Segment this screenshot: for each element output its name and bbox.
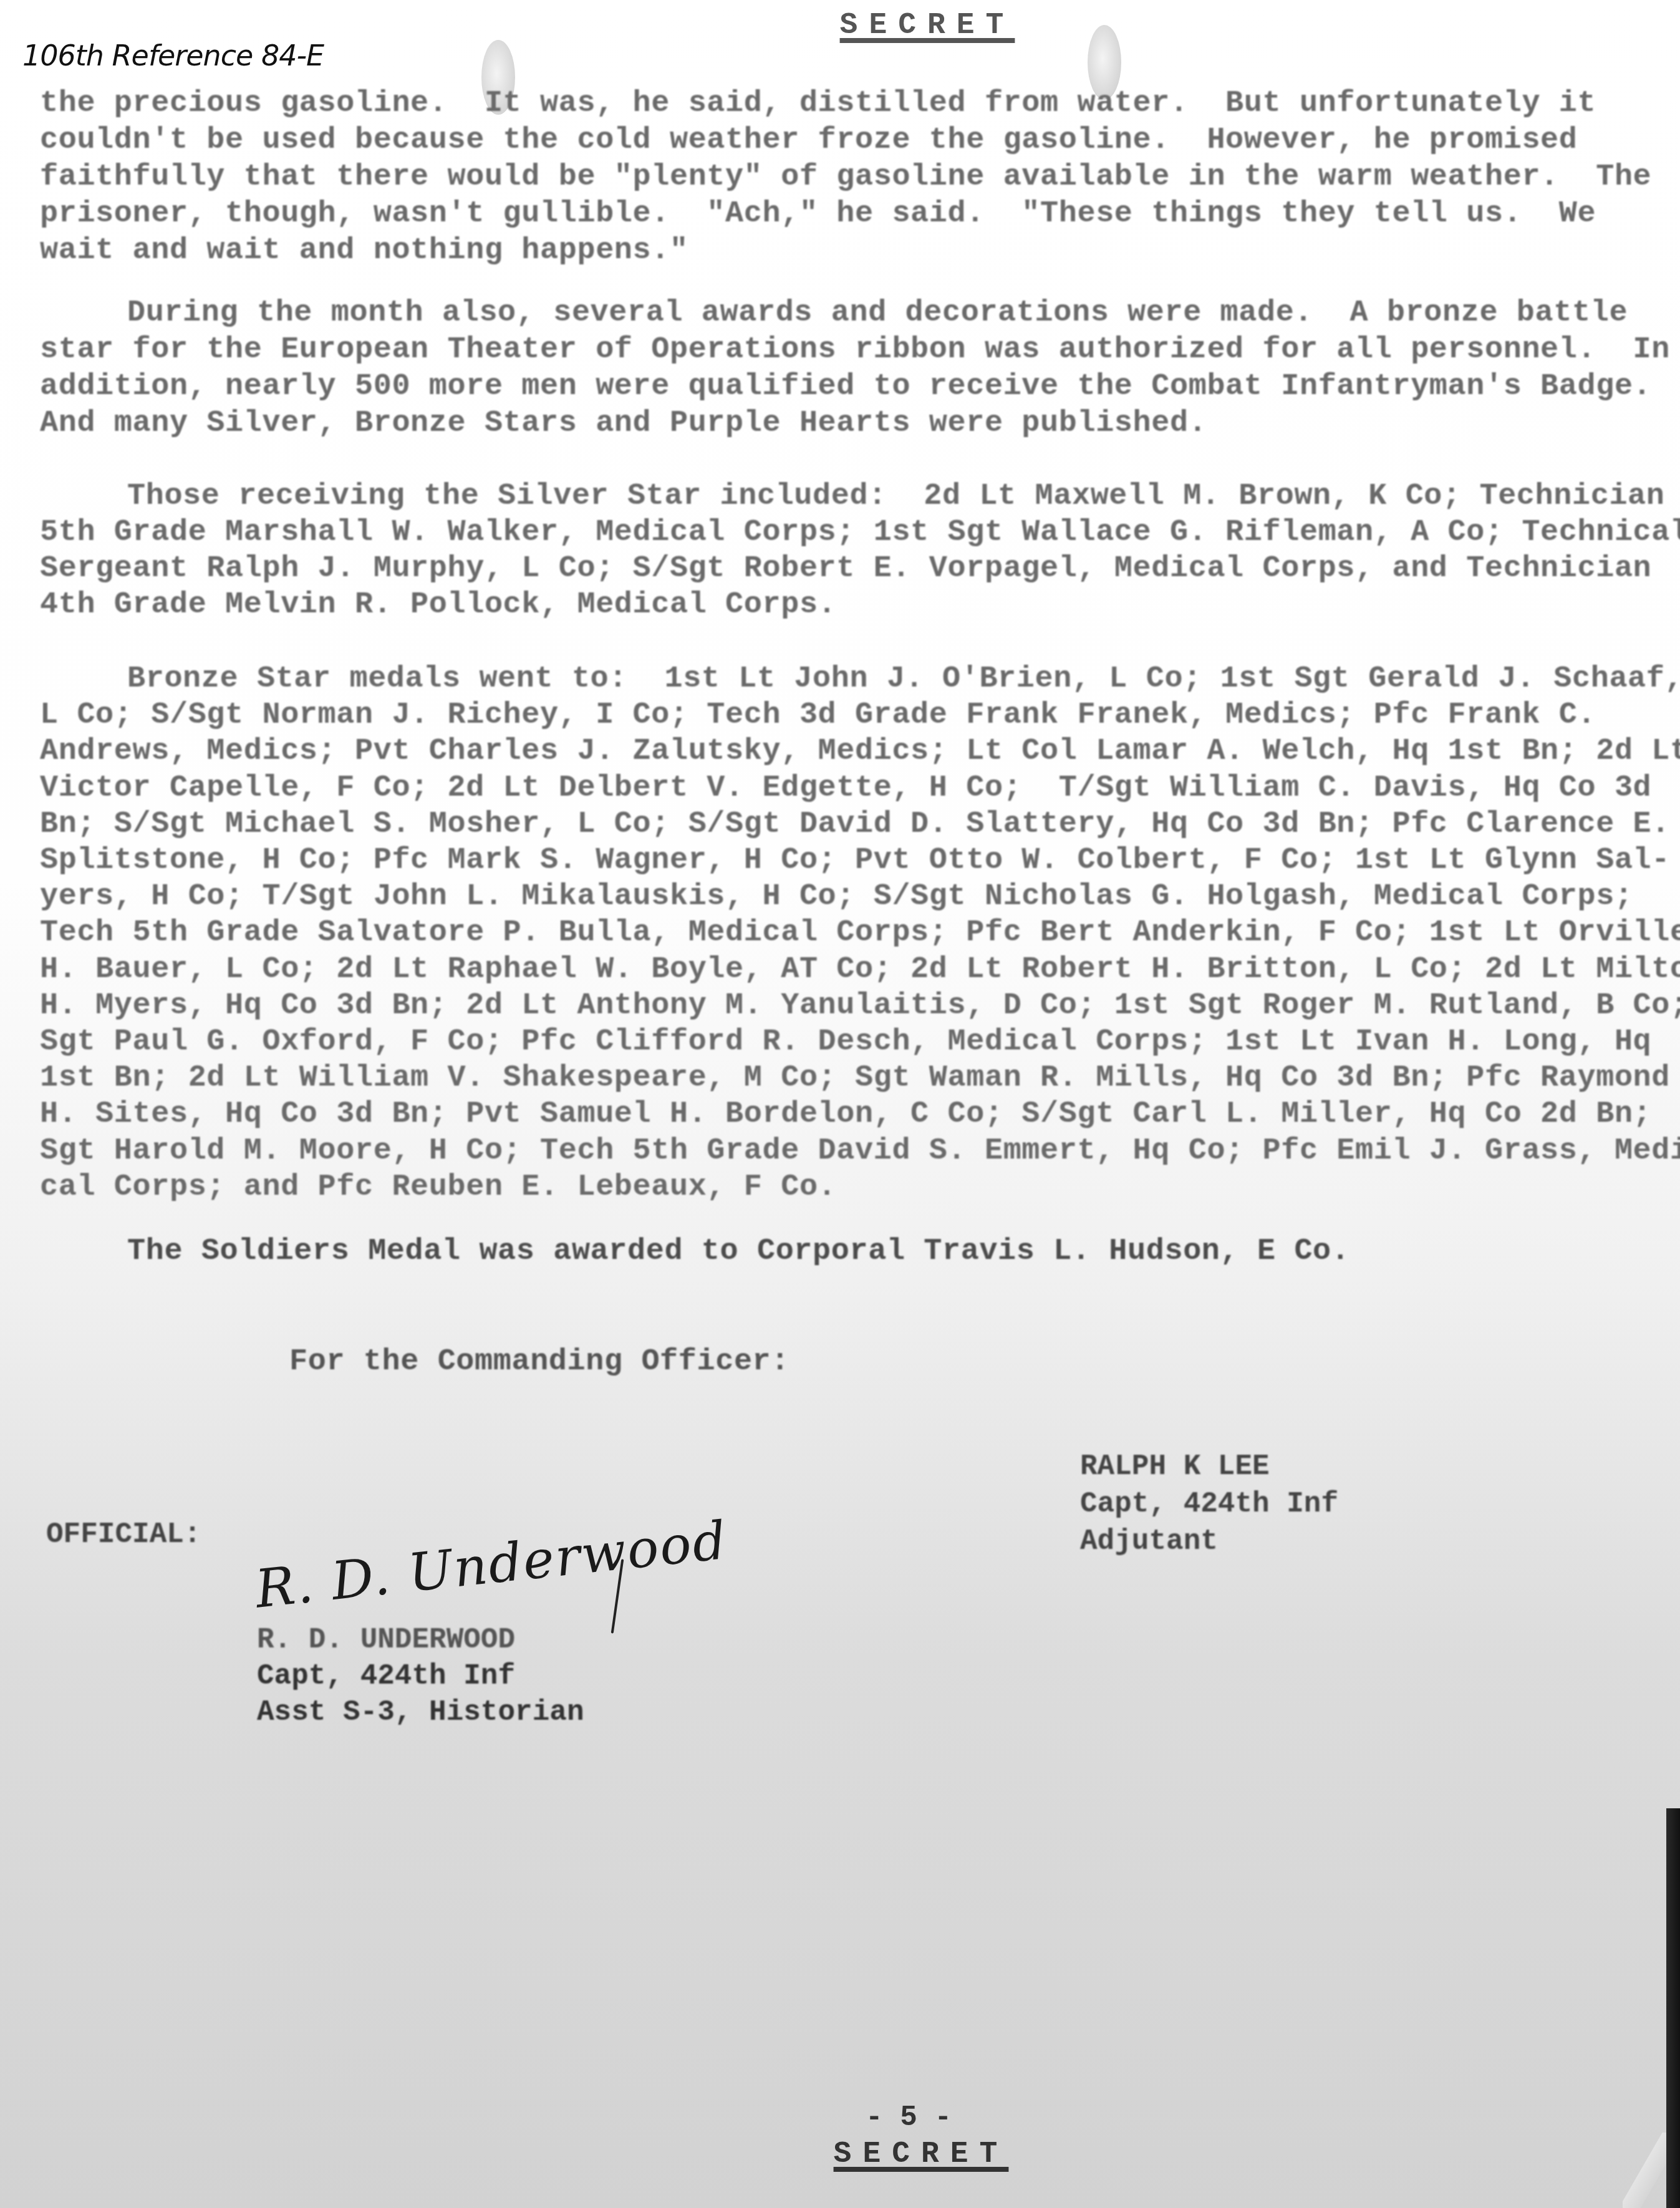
signer-left-name: R. D. UNDERWOOD [257,1624,515,1656]
text-line-p3: 4th Grade Melvin R. Pollock, Medical Cor… [40,590,836,620]
text-line-p1: the precious gasoline. It was, he said, … [40,89,1596,119]
text-line-p4: Sgt Harold M. Moore, H Co; Tech 5th Grad… [40,1136,1680,1167]
text-line-p1: couldn't be used because the cold weathe… [40,125,1578,156]
official-label: OFFICIAL: [46,1518,201,1551]
text-line-p4: H. Sites, Hq Co 3d Bn; Pvt Samuel H. Bor… [40,1099,1651,1130]
text-line-p4: H. Bauer, L Co; 2d Lt Raphael W. Boyle, … [40,955,1680,985]
text-line-p4: 1st Bn; 2d Lt William V. Shakespeare, M … [40,1063,1670,1094]
text-line-p4: Tech 5th Grade Salvatore P. Bulla, Medic… [40,918,1680,948]
handwritten-signature: R. D. Underwood [253,1510,730,1620]
text-line-p3: 5th Grade Marshall W. Walker, Medical Co… [40,518,1680,548]
text-line-p4: yers, H Co; T/Sgt John L. Mikalauskis, H… [40,882,1633,912]
text-line-p2: During the month also, several awards an… [127,298,1628,329]
text-line-p1: wait and wait and nothing happens." [40,236,688,266]
classification-header: SECRET [0,9,1680,42]
text-line-p5: The Soldiers Medal was awarded to Corpor… [127,1237,1350,1267]
signer-left-title: Asst S-3, Historian [257,1696,584,1728]
for-commanding-officer: For the Commanding Officer: [289,1347,789,1377]
text-line-p1: faithfully that there would be "plenty" … [40,162,1651,193]
reference-label: 106th Reference 84-E [22,39,324,72]
text-line-p4: H. Myers, Hq Co 3d Bn; 2d Lt Anthony M. … [40,991,1680,1021]
text-line-p4: Victor Capelle, F Co; 2d Lt Delbert V. E… [40,773,1651,804]
text-line-p3: Those receiving the Silver Star included… [127,481,1665,512]
text-line-p4: Sgt Paul G. Oxford, F Co; Pfc Clifford R… [40,1027,1651,1058]
text-line-p2: star for the European Theater of Operati… [40,335,1670,365]
text-line-p4: Bn; S/Sgt Michael S. Mosher, L Co; S/Sgt… [40,809,1670,840]
text-line-p4: Bronze Star medals went to: 1st Lt John … [127,664,1680,695]
text-line-p4: L Co; S/Sgt Norman J. Richey, I Co; Tech… [40,700,1596,731]
signer-right-title: Adjutant [1080,1525,1218,1558]
text-line-p4: cal Corps; and Pfc Reuben E. Lebeaux, F … [40,1172,836,1203]
classification-footer: SECRET [0,2138,1680,2171]
signer-right-name: RALPH K LEE [1080,1450,1270,1483]
text-line-p3: Sergeant Ralph J. Murphy, L Co; S/Sgt Ro… [40,554,1651,584]
text-line-p2: addition, nearly 500 more men were quali… [40,372,1651,402]
text-line-p4: Andrews, Medics; Pvt Charles J. Zalutsky… [40,736,1680,767]
signer-left-rank: Capt, 424th Inf [257,1660,515,1692]
text-line-p1: prisoner, though, wasn't gullible. "Ach,… [40,199,1596,229]
signer-right-rank: Capt, 424th Inf [1080,1488,1338,1520]
text-line-p4: Splitstone, H Co; Pfc Mark S. Wagner, H … [40,846,1670,876]
text-line-p2: And many Silver, Bronze Stars and Purple… [40,408,1207,439]
page-number: - 5 - [0,2101,1680,2134]
